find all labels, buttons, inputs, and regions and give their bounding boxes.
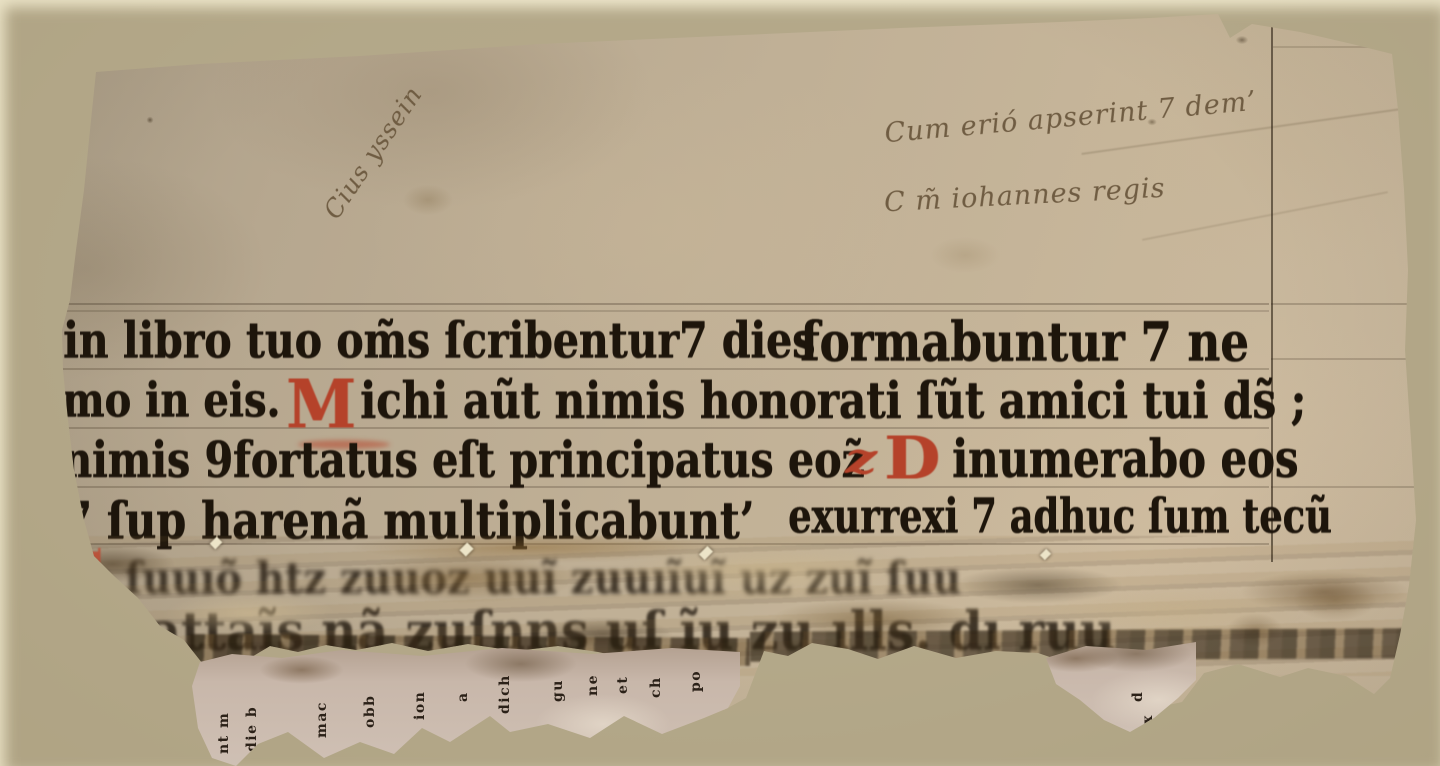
scrap-text: ch (648, 676, 664, 698)
scrap-text: ion (412, 691, 428, 720)
psalm-line2-after-initial: ichi aũt nimis honorati ſũt amici tui ds… (360, 371, 1306, 430)
scrap-text: d (1130, 691, 1146, 702)
psalm-line1-left: in libro tuo om̃s ſcribentur7 dies (63, 312, 815, 370)
scrap-text: mac (314, 701, 330, 738)
scrap-text: po (688, 670, 704, 692)
scrap-text: dich (497, 674, 513, 714)
psalm-line3-before-initial: nimis 9fortatus eſt principatus eoz̃ (62, 431, 865, 489)
ruling-line-margin (1271, 303, 1421, 305)
psalm-line1-right: formabuntur 7 ne (800, 310, 1249, 374)
ruling-line-margin (1271, 358, 1421, 360)
psalm-line2-before-initial: mo in eis. (62, 372, 280, 428)
scrap-text: ne (585, 674, 601, 696)
red-initial-d: D (884, 424, 940, 493)
ruling-line (62, 303, 1269, 305)
photo-stage: Cius yssein Cum erió apserint 7 dem’ C m… (0, 0, 1440, 766)
scrap-text: a (455, 691, 471, 702)
scrap-text: gu (550, 679, 566, 702)
scrap-text: nt m (216, 712, 232, 754)
scrap-text: et (615, 676, 631, 694)
scrap-text: obb (362, 695, 378, 728)
psalm-line3-after-initial: inumerabo eos (952, 430, 1298, 490)
red-paraph-mark: z (845, 434, 876, 483)
